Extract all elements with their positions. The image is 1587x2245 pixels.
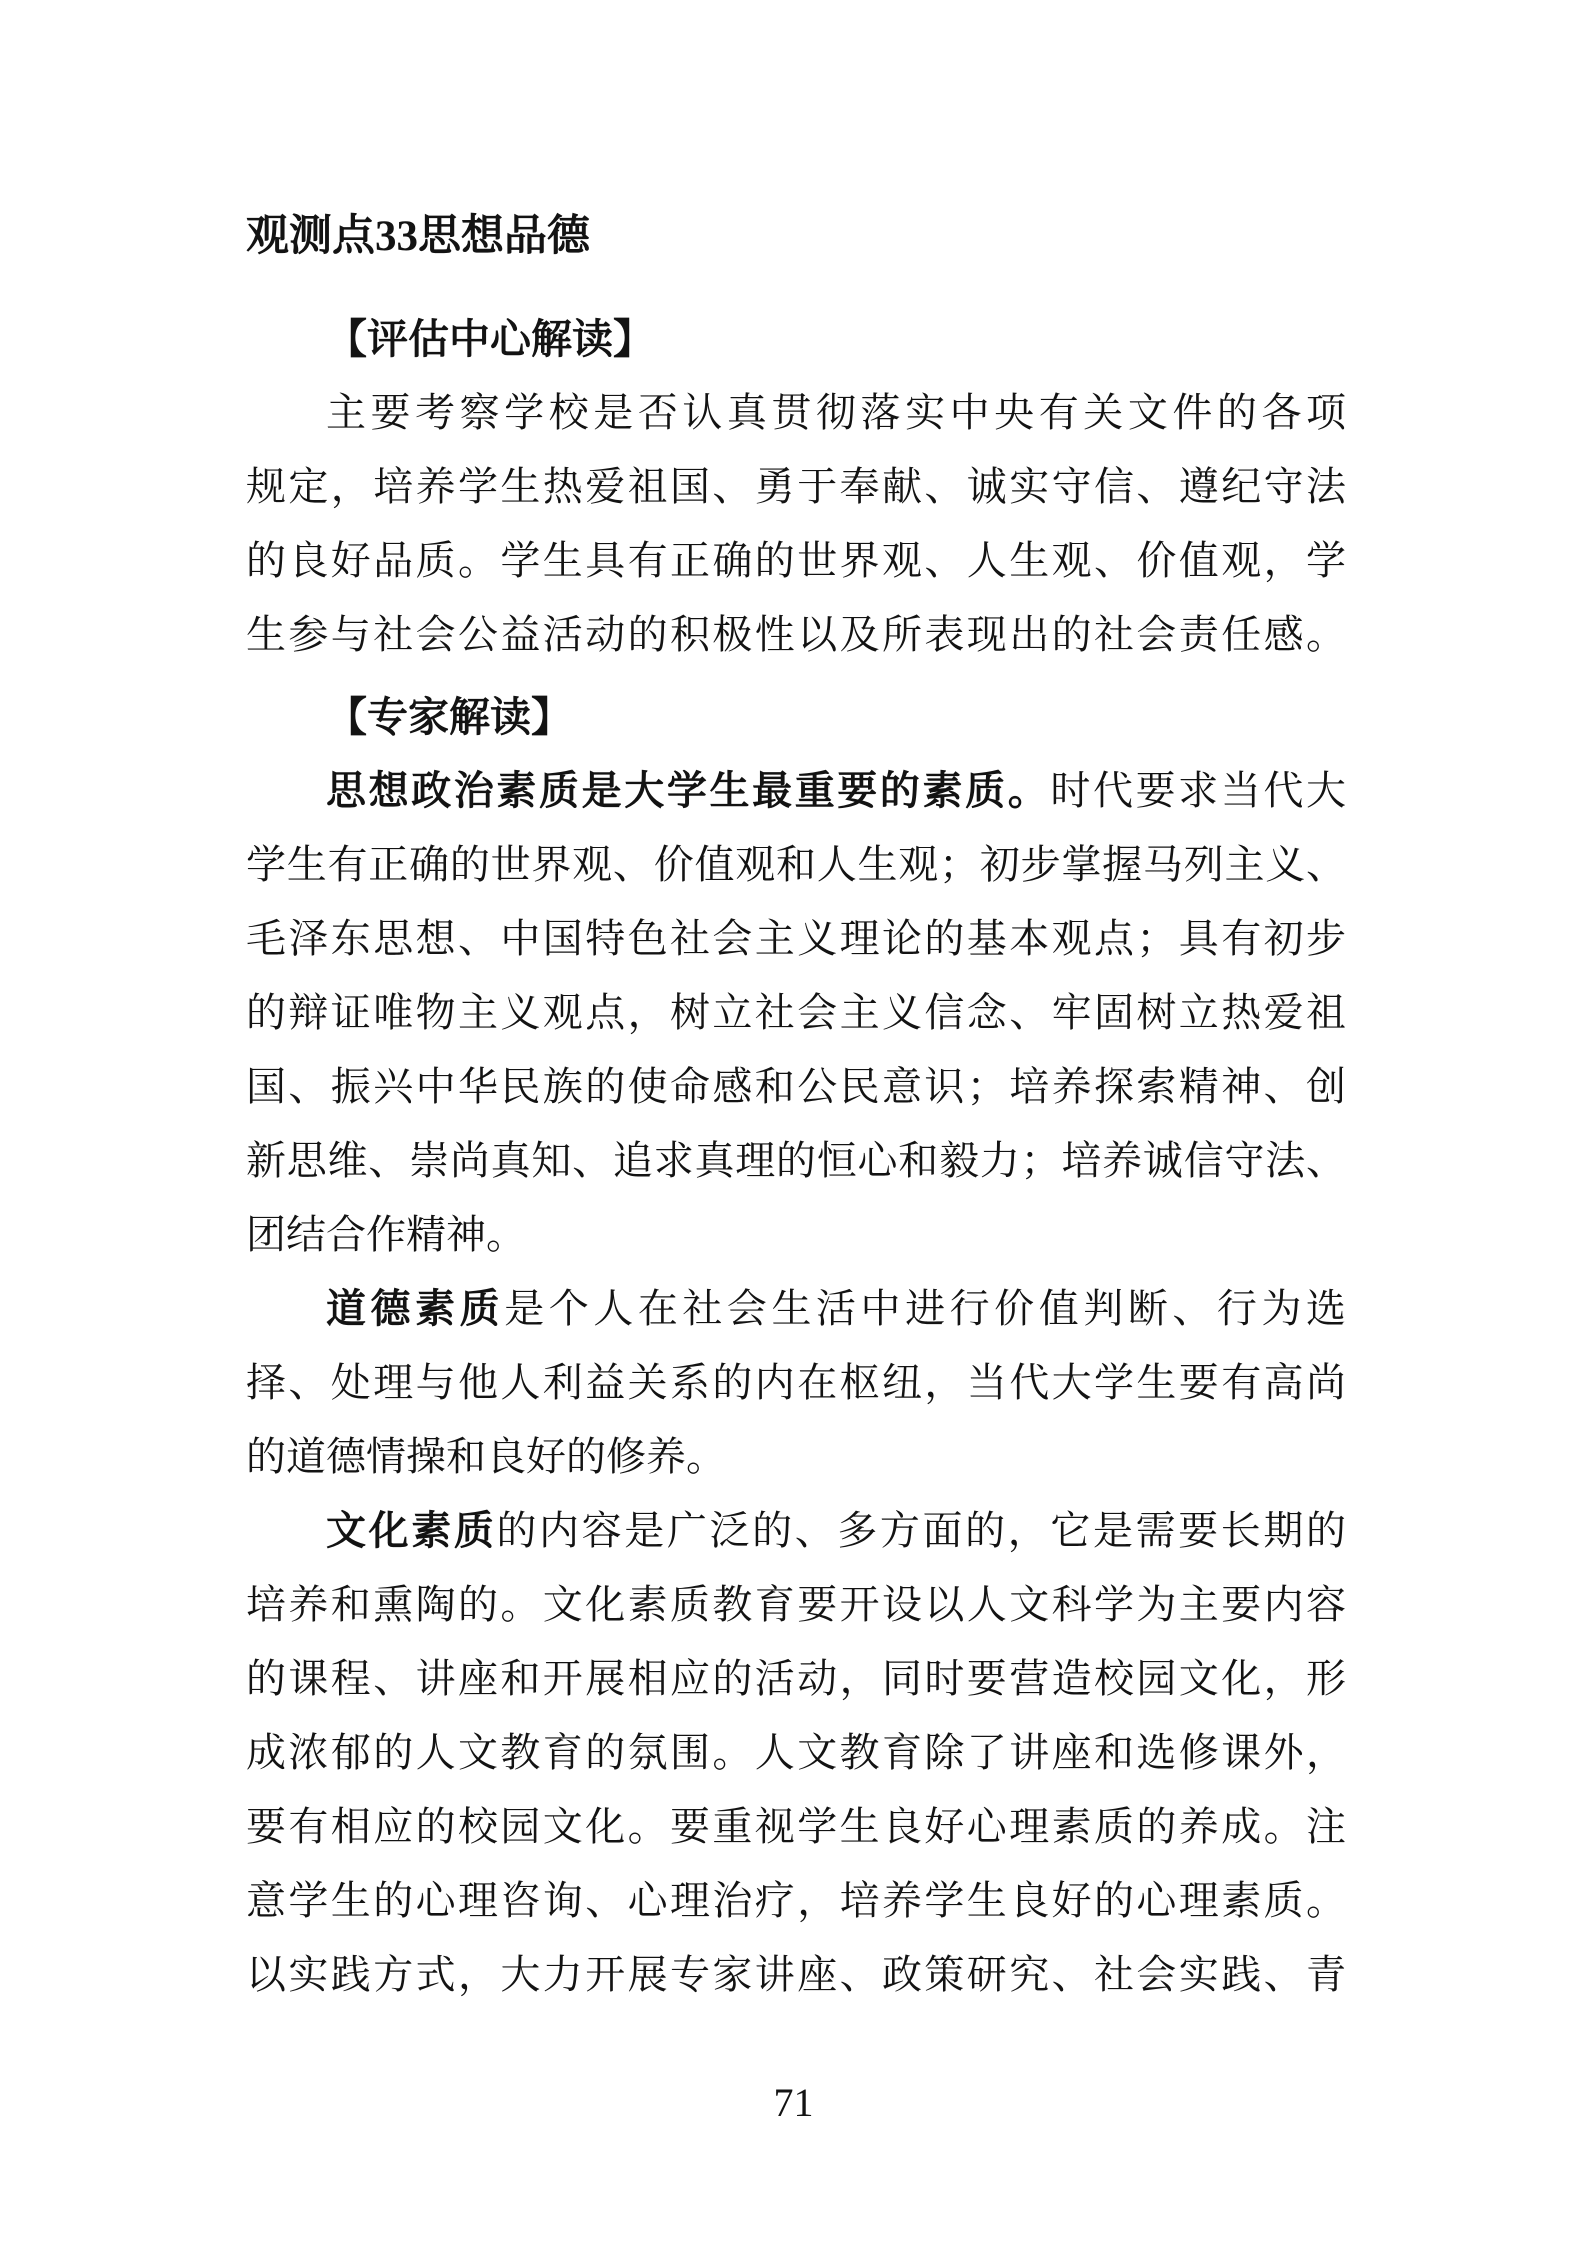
text-line: 的道德情操和良好的修养。 xyxy=(246,1420,1346,1494)
section-heading: 【评估中心解读】 xyxy=(246,302,1346,376)
bold-text-run: 思想政治素质是大学生最重要的素质。 xyxy=(326,768,1050,813)
text-run: 以实践方式，大力开展专家讲座、政策研究、社会实践、青 xyxy=(246,1952,1346,1997)
text-run: 新思维、崇尚真知、追求真理的恒心和毅力；培养诚信守法、 xyxy=(246,1138,1346,1183)
text-line: 新思维、崇尚真知、追求真理的恒心和毅力；培养诚信守法、 xyxy=(246,1124,1346,1198)
page-title: 观测点33思想品德 xyxy=(246,200,1346,274)
text-line: 规定，培养学生热爱祖国、勇于奉献、诚实守信、遵纪守法 xyxy=(246,450,1346,524)
document-page: 观测点33思想品德【评估中心解读】主要考察学校是否认真贯彻落实中央有关文件的各项… xyxy=(0,0,1587,2245)
text-line: 要有相应的校园文化。要重视学生良好心理素质的养成。注 xyxy=(246,1790,1346,1864)
text-run: 的内容是广泛的、多方面的，它是需要长期的 xyxy=(496,1508,1346,1553)
text-run: 成浓郁的人文教育的氛围。人文教育除了讲座和选修课外， xyxy=(246,1730,1346,1775)
text-run: 是个人在社会生活中进行价值判断、行为选 xyxy=(504,1286,1346,1331)
text-run: 主要考察学校是否认真贯彻落实中央有关文件的各项 xyxy=(326,390,1346,435)
page-number: 71 xyxy=(0,2078,1587,2128)
text-line: 的辩证唯物主义观点，树立社会主义信念、牢固树立热爱祖 xyxy=(246,976,1346,1050)
text-run: 意学生的心理咨询、心理治疗，培养学生良好的心理素质。 xyxy=(246,1878,1346,1923)
text-run: 时代要求当代大 xyxy=(1050,768,1346,813)
bold-text-run: 观测点33思想品德 xyxy=(246,213,590,260)
text-run: 的道德情操和良好的修养。 xyxy=(246,1434,726,1479)
text-line: 以实践方式，大力开展专家讲座、政策研究、社会实践、青 xyxy=(246,1938,1346,2012)
text-line: 思想政治素质是大学生最重要的素质。时代要求当代大 xyxy=(246,754,1346,828)
text-run: 团结合作精神。 xyxy=(246,1212,526,1257)
text-run: 择、处理与他人利益关系的内在枢纽，当代大学生要有高尚 xyxy=(246,1360,1346,1405)
text-run: 培养和熏陶的。文化素质教育要开设以人文科学为主要内容 xyxy=(246,1582,1346,1627)
text-line: 道德素质是个人在社会生活中进行价值判断、行为选 xyxy=(246,1272,1346,1346)
text-line: 毛泽东思想、中国特色社会主义理论的基本观点；具有初步 xyxy=(246,902,1346,976)
bold-text-run: 文化素质 xyxy=(326,1508,496,1553)
text-line: 生参与社会公益活动的积极性以及所表现出的社会责任感。 xyxy=(246,598,1346,672)
text-run: 学生有正确的世界观、价值观和人生观；初步掌握马列主义、 xyxy=(246,842,1346,887)
text-run: 毛泽东思想、中国特色社会主义理论的基本观点；具有初步 xyxy=(246,916,1346,961)
text-run: 的良好品质。学生具有正确的世界观、人生观、价值观，学 xyxy=(246,538,1346,583)
text-line: 的课程、讲座和开展相应的活动，同时要营造校园文化，形 xyxy=(246,1642,1346,1716)
text-line: 择、处理与他人利益关系的内在枢纽，当代大学生要有高尚 xyxy=(246,1346,1346,1420)
text-run: 的课程、讲座和开展相应的活动，同时要营造校园文化，形 xyxy=(246,1656,1346,1701)
bold-text-run: 【专家解读】 xyxy=(326,694,572,740)
text-line: 团结合作精神。 xyxy=(246,1198,1346,1272)
text-line: 培养和熏陶的。文化素质教育要开设以人文科学为主要内容 xyxy=(246,1568,1346,1642)
text-run: 规定，培养学生热爱祖国、勇于奉献、诚实守信、遵纪守法 xyxy=(246,464,1346,509)
text-line: 学生有正确的世界观、价值观和人生观；初步掌握马列主义、 xyxy=(246,828,1346,902)
section-heading: 【专家解读】 xyxy=(246,680,1346,754)
text-run: 生参与社会公益活动的积极性以及所表现出的社会责任感。 xyxy=(246,612,1346,657)
text-line: 成浓郁的人文教育的氛围。人文教育除了讲座和选修课外， xyxy=(246,1716,1346,1790)
text-line: 主要考察学校是否认真贯彻落实中央有关文件的各项 xyxy=(246,376,1346,450)
text-column: 观测点33思想品德【评估中心解读】主要考察学校是否认真贯彻落实中央有关文件的各项… xyxy=(246,200,1346,2012)
text-line: 国、振兴中华民族的使命感和公民意识；培养探索精神、创 xyxy=(246,1050,1346,1124)
bold-text-run: 道德素质 xyxy=(326,1286,504,1331)
text-run: 的辩证唯物主义观点，树立社会主义信念、牢固树立热爱祖 xyxy=(246,990,1346,1035)
text-line: 文化素质的内容是广泛的、多方面的，它是需要长期的 xyxy=(246,1494,1346,1568)
bold-text-run: 【评估中心解读】 xyxy=(326,316,654,362)
text-line: 的良好品质。学生具有正确的世界观、人生观、价值观，学 xyxy=(246,524,1346,598)
text-run: 要有相应的校园文化。要重视学生良好心理素质的养成。注 xyxy=(246,1804,1346,1849)
text-line: 意学生的心理咨询、心理治疗，培养学生良好的心理素质。 xyxy=(246,1864,1346,1938)
text-run: 国、振兴中华民族的使命感和公民意识；培养探索精神、创 xyxy=(246,1064,1346,1109)
